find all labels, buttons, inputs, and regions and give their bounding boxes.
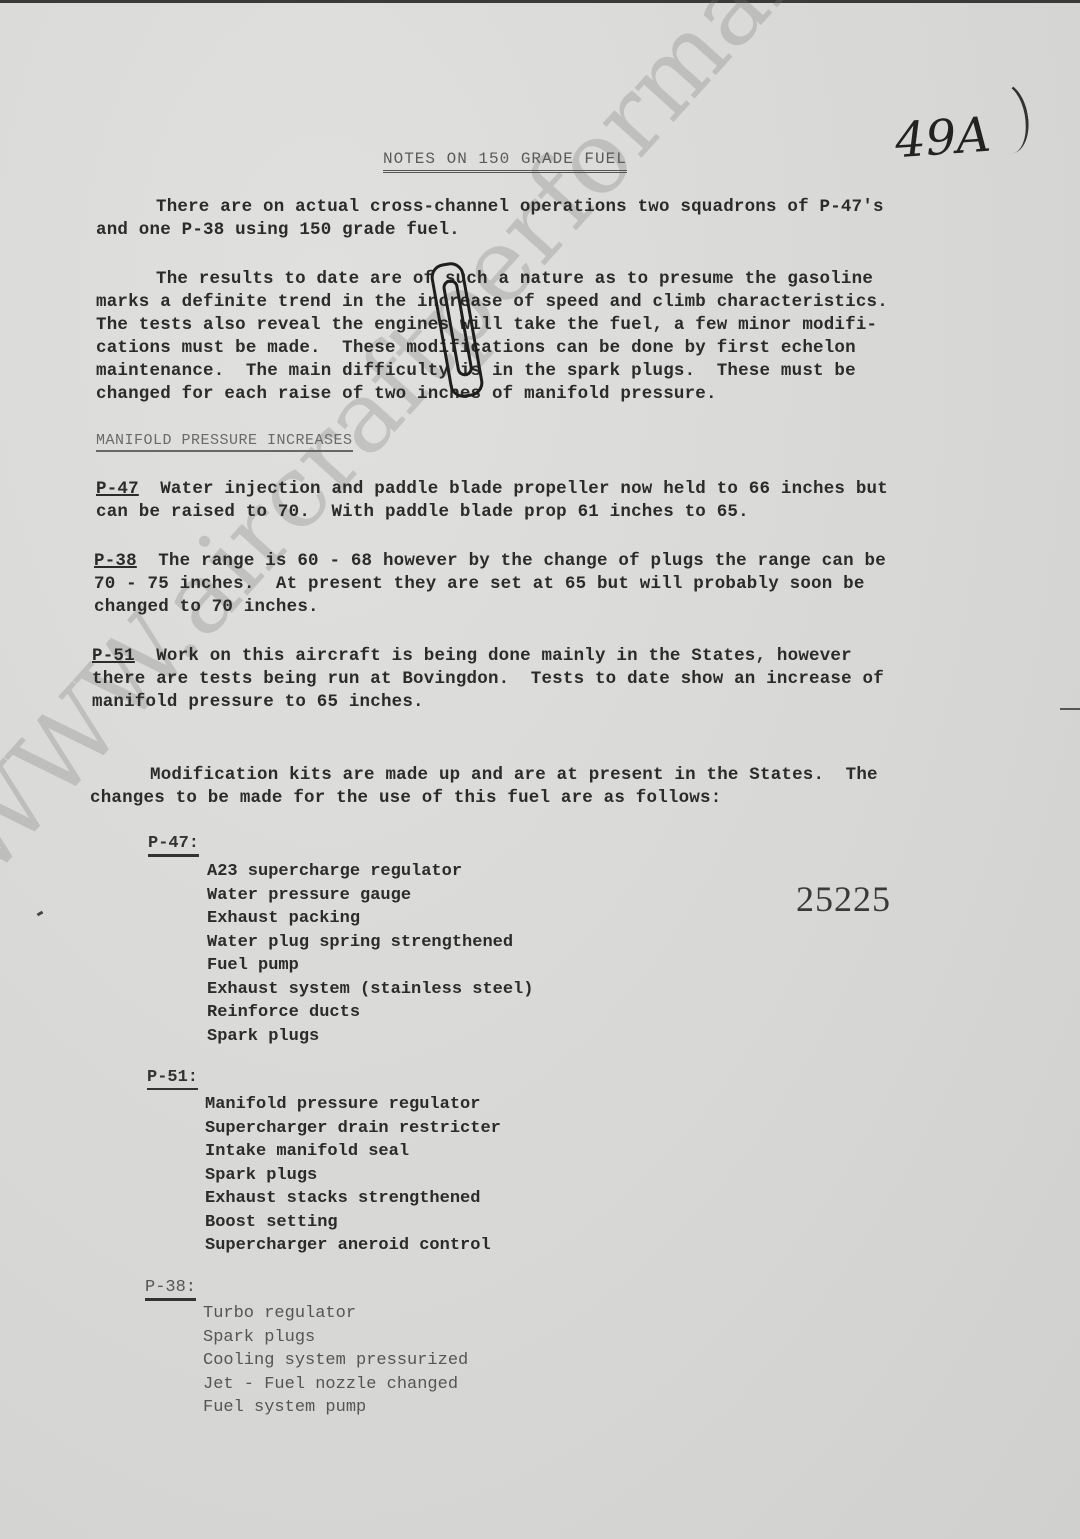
scan-edge (0, 0, 1080, 3)
paragraph-2-text: The results to date are of such a nature… (96, 269, 888, 404)
note-label: P-38 (94, 551, 137, 571)
mod-list-p51: Manifold pressure regulator Supercharger… (205, 1093, 501, 1258)
stamp-number: 25225 (796, 878, 891, 920)
note-label: P-51 (92, 646, 135, 666)
modification-intro-text: Modification kits are made up and are at… (90, 765, 878, 808)
document-page: WWW.aircraftperformance.org 49A NOTES ON… (0, 0, 1080, 1539)
mod-label-p47: P-47: (148, 834, 199, 857)
paragraph-2: The results to date are of such a nature… (96, 268, 888, 406)
margin-tick (37, 911, 44, 917)
note-label: P-47 (96, 479, 139, 499)
document-title: NOTES ON 150 GRADE FUEL (383, 150, 627, 173)
note-p47: P-47 Water injection and paddle blade pr… (96, 478, 888, 524)
mod-list-p47: A23 supercharge regulator Water pressure… (207, 860, 533, 1048)
note-p38: P-38 The range is 60 - 68 however by the… (94, 550, 886, 619)
handwritten-page-number: 49A (893, 107, 992, 170)
modification-intro: Modification kits are made up and are at… (90, 764, 878, 810)
note-text: The range is 60 - 68 however by the chan… (94, 551, 886, 617)
mod-label-p51: P-51: (147, 1068, 198, 1090)
section-heading: MANIFOLD PRESSURE INCREASES (96, 432, 353, 452)
note-text: Water injection and paddle blade propell… (96, 479, 888, 522)
paragraph-1: There are on actual cross-channel operat… (96, 196, 884, 242)
mod-list-p38: Turbo regulator Spark plugs Cooling syst… (203, 1302, 468, 1420)
mod-label-p38: P-38: (145, 1278, 196, 1301)
note-p51: P-51 Work on this aircraft is being done… (92, 645, 884, 714)
margin-mark (1060, 708, 1080, 710)
note-text: Work on this aircraft is being done main… (92, 646, 884, 712)
